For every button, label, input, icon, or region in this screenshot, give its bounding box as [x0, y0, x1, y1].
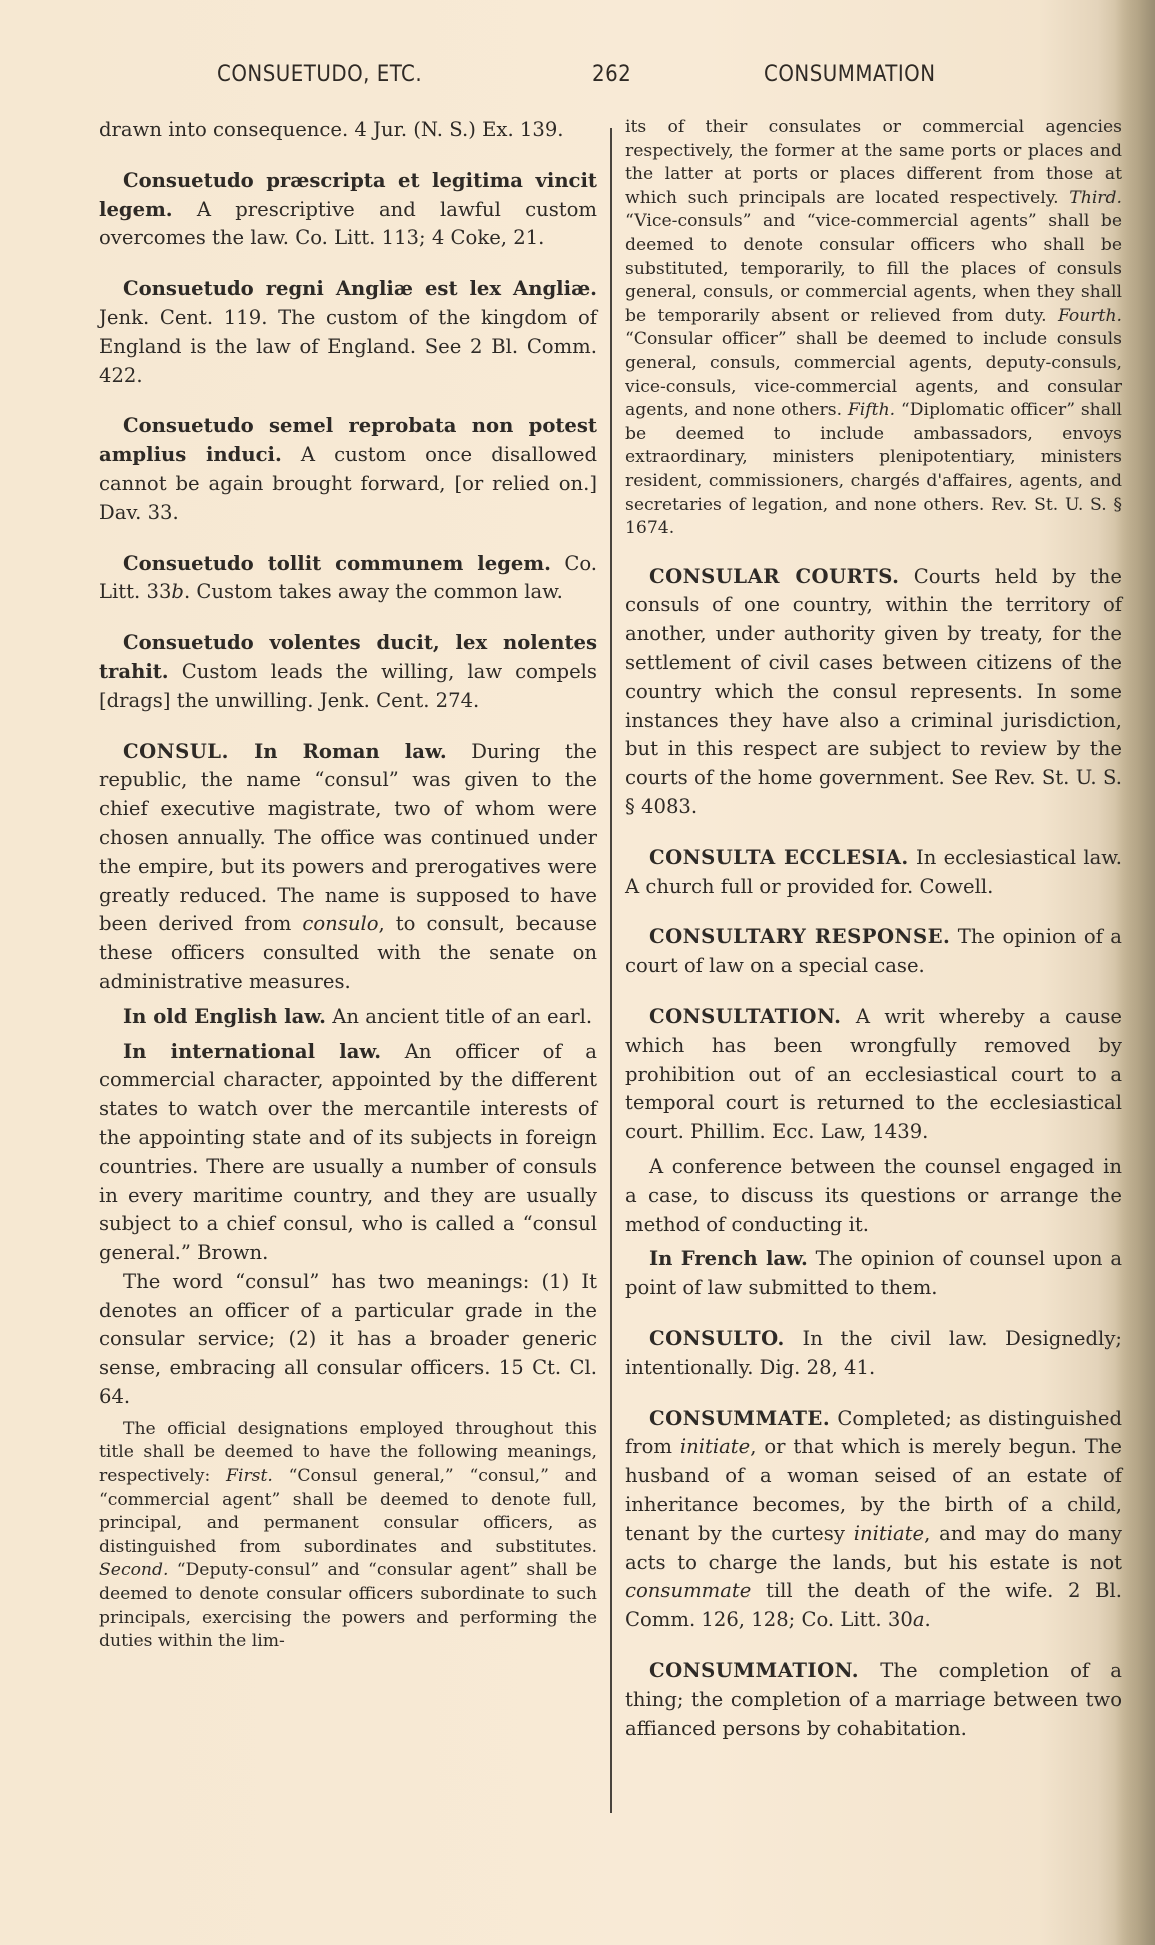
- entry-consuetudo-volentes: Consuetudo volentes ducit, lex nolentes …: [99, 629, 597, 715]
- running-head: CONSUETUDO, ETC. 262 CONSUMMATION: [0, 62, 1110, 92]
- headword: CONSUMMATE.: [649, 1407, 830, 1430]
- entry-consular-courts: CONSULAR COURTS. Courts held by the cons…: [625, 563, 1122, 822]
- scanned-page: CONSUETUDO, ETC. 262 CONSUMMATION drawn …: [0, 0, 1155, 1945]
- sense-label: In French law.: [649, 1247, 808, 1270]
- sense-label: In international law.: [123, 1040, 381, 1063]
- right-column: its of their consulates or commercial ag…: [625, 116, 1122, 1743]
- entry-text: . Custom takes away the common law.: [184, 580, 563, 603]
- consul-sense-international: In international law. An officer of a co…: [99, 1038, 597, 1268]
- sense-text: During the republic, the name “consul” w…: [99, 740, 597, 936]
- entry-consultation: CONSULTATION. A writ whereby a cause whi…: [625, 1003, 1122, 1147]
- designation-text: its of their consulates or commercial ag…: [625, 117, 1122, 208]
- entry-text-italic: b: [171, 580, 184, 603]
- entry-term: Consuetudo tollit communem legem.: [123, 552, 551, 575]
- headword: CONSULAR COURTS.: [649, 565, 899, 588]
- consultation-sense-french: In French law. The opinion of counsel up…: [625, 1245, 1122, 1303]
- running-head-right: CONSUMMATION: [764, 62, 936, 87]
- left-column: drawn into consequence. 4 Jur. (N. S.) E…: [99, 116, 597, 1654]
- entry-consuetudo-tollit: Consuetudo tollit communem legem. Co. Li…: [99, 550, 597, 608]
- designation-text: “Deputy-consul” and “consular agent” sha…: [99, 1560, 597, 1651]
- entry-italic: initiate: [680, 1435, 750, 1458]
- headword: CONSULTATION.: [649, 1005, 841, 1028]
- designations-continuation: its of their consulates or commercial ag…: [625, 116, 1122, 541]
- sense-label: In Roman law.: [229, 740, 447, 763]
- entry-consuetudo-regni: Consuetudo regni Angliæ est lex Angliæ. …: [99, 275, 597, 390]
- headword: CONSULTA ECCLESIA.: [649, 846, 909, 869]
- entry-text: Courts held by the consuls of one countr…: [625, 565, 1122, 818]
- sense-text: An officer of a commercial character, ap…: [99, 1040, 597, 1265]
- entry-italic: a: [913, 1608, 925, 1631]
- continuation-text: drawn into consequence. 4 Jur. (N. S.) E…: [99, 116, 597, 145]
- consul-meanings: The word “consul” has two meanings: (1) …: [99, 1268, 597, 1412]
- sense-italic: consulo: [302, 912, 378, 935]
- running-head-left: CONSUETUDO, ETC.: [217, 62, 422, 87]
- entry-italic: consummate: [625, 1579, 751, 1602]
- designation-label: Fourth.: [1058, 306, 1122, 326]
- entry-text: Custom leads the willing, law compels [d…: [99, 660, 597, 712]
- sense-text: An ancient title of an earl.: [326, 1005, 592, 1028]
- entry-consul: CONSUL. In Roman law. During the republi…: [99, 738, 597, 997]
- designation-text: “Diplomatic officer” shall be deemed to …: [625, 400, 1122, 538]
- entry-consuetudo-praescripta: Consuetudo præscripta et legitima vincit…: [99, 167, 597, 253]
- column-divider: [610, 128, 612, 1813]
- entry-consummate: CONSUMMATE. Completed; as distinguished …: [625, 1405, 1122, 1635]
- entry-consuetudo-semel: Consuetudo semel reprobata non potest am…: [99, 412, 597, 527]
- entry-consulto: CONSULTO. In the civil law. Designedly; …: [625, 1325, 1122, 1383]
- designation-text: “Vice-consuls” and “vice-commercial agen…: [625, 211, 1122, 325]
- entry-term: Consuetudo regni Angliæ est lex Angliæ.: [123, 277, 597, 300]
- entry-italic: initiate: [854, 1522, 924, 1545]
- headword: CONSULTARY RESPONSE.: [649, 925, 950, 948]
- page-number: 262: [592, 62, 631, 87]
- designation-label: Second.: [99, 1560, 168, 1580]
- entry-text: Jenk. Cent. 119. The custom of the kingd…: [99, 306, 597, 387]
- consul-designations: The official designations employed throu…: [99, 1418, 597, 1654]
- entry-text: A prescriptive and lawful custom overcom…: [99, 198, 597, 250]
- sense-label: In old English law.: [123, 1005, 326, 1028]
- consultation-sense-conference: A conference between the counsel engaged…: [625, 1153, 1122, 1239]
- consul-sense-old-english: In old English law. An ancient title of …: [99, 1003, 597, 1032]
- designation-label: Fifth.: [848, 400, 895, 420]
- headword: CONSULTO.: [649, 1327, 785, 1350]
- headword: CONSUMMATION.: [649, 1659, 859, 1682]
- entry-consultary-response: CONSULTARY RESPONSE. The opinion of a co…: [625, 923, 1122, 981]
- entry-text: .: [925, 1608, 931, 1631]
- entry-consulta-ecclesia: CONSULTA ECCLESIA. In ecclesiastical law…: [625, 844, 1122, 902]
- entry-consummation: CONSUMMATION. The completion of a thing;…: [625, 1657, 1122, 1743]
- headword: CONSUL.: [123, 740, 229, 763]
- designation-label: Third.: [1069, 188, 1122, 208]
- designation-label: First.: [226, 1466, 273, 1486]
